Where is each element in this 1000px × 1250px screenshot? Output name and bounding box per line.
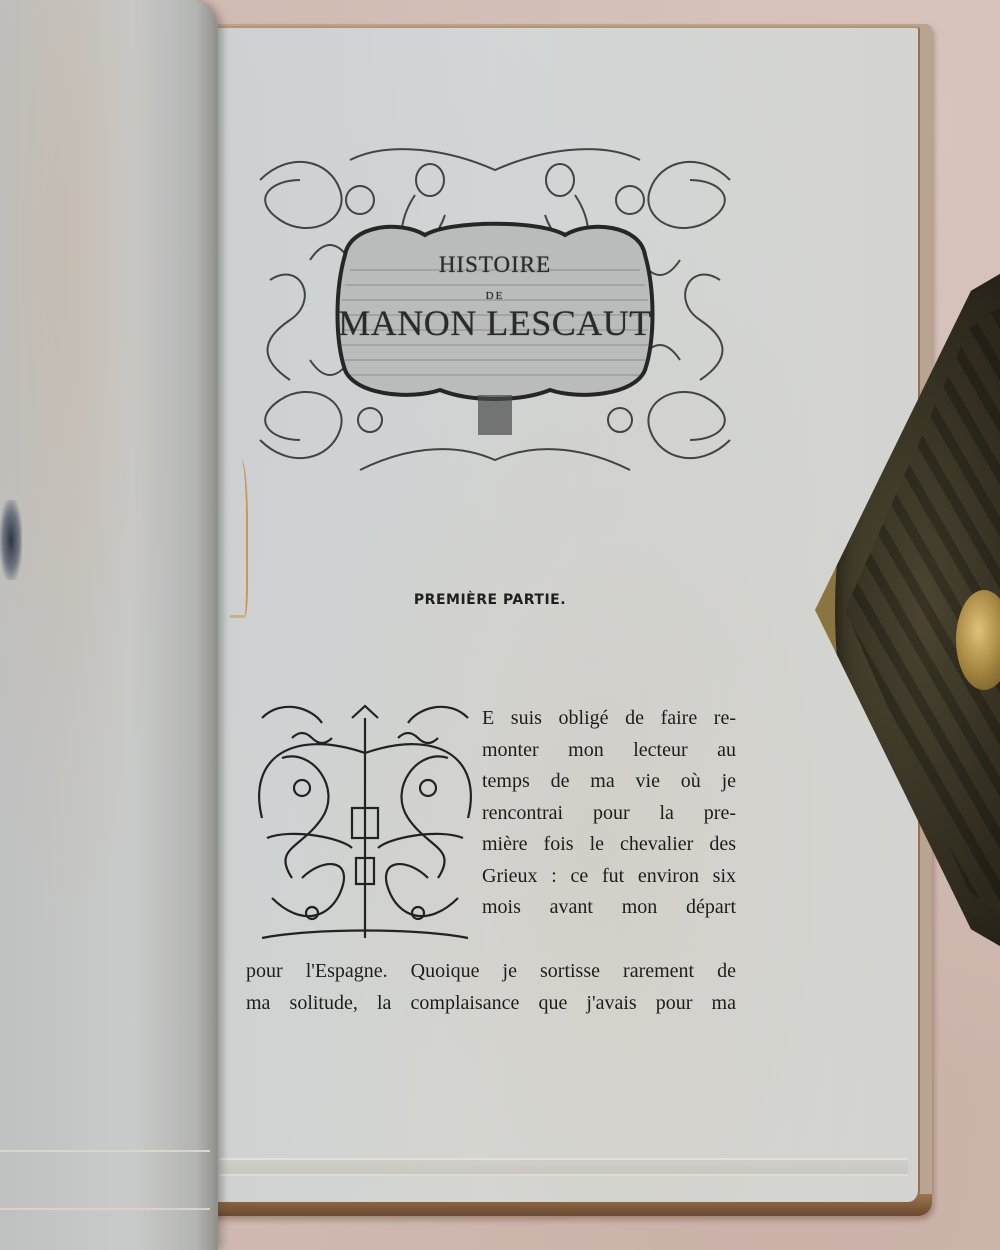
indented-paragraph: E suis obligé de faire re- monter mon le…: [482, 703, 736, 924]
text-line: mière fois le chevalier des: [482, 829, 736, 861]
headpiece-title-de: DE: [250, 290, 740, 302]
binding-thread: [230, 458, 248, 618]
text-line: Grieux : ce fut environ six: [482, 861, 736, 893]
full-width-paragraph: pour l'Espagne. Quoique je sortisse rare…: [246, 956, 736, 1019]
dropcap-ornament: [252, 698, 478, 950]
headpiece-title-manon-lescaut: MANON LESCAUT: [250, 302, 740, 344]
text-line: E suis obligé de faire re-: [482, 703, 736, 735]
text-line: temps de ma vie où je: [482, 766, 736, 798]
page-stain: [0, 500, 22, 580]
headpiece-title-histoire: HISTOIRE: [250, 252, 740, 278]
text-line: pour l'Espagne. Quoique je sortisse rare…: [246, 956, 736, 988]
left-page-curl: [0, 0, 218, 1250]
text-line: rencontrai pour la pre-: [482, 798, 736, 830]
left-page-fold: [0, 1150, 210, 1210]
section-heading: PREMIÈRE PARTIE.: [380, 592, 600, 608]
text-line: ma solitude, la complaisance que j'avais…: [246, 988, 736, 1020]
headpiece-ornament: HISTOIRE DE MANON LESCAUT: [250, 140, 740, 480]
text-line: mois avant mon départ: [482, 892, 736, 924]
floral-initial-icon: [252, 698, 478, 950]
text-line: monter mon lecteur au: [482, 735, 736, 767]
page-fold: [220, 1158, 908, 1176]
